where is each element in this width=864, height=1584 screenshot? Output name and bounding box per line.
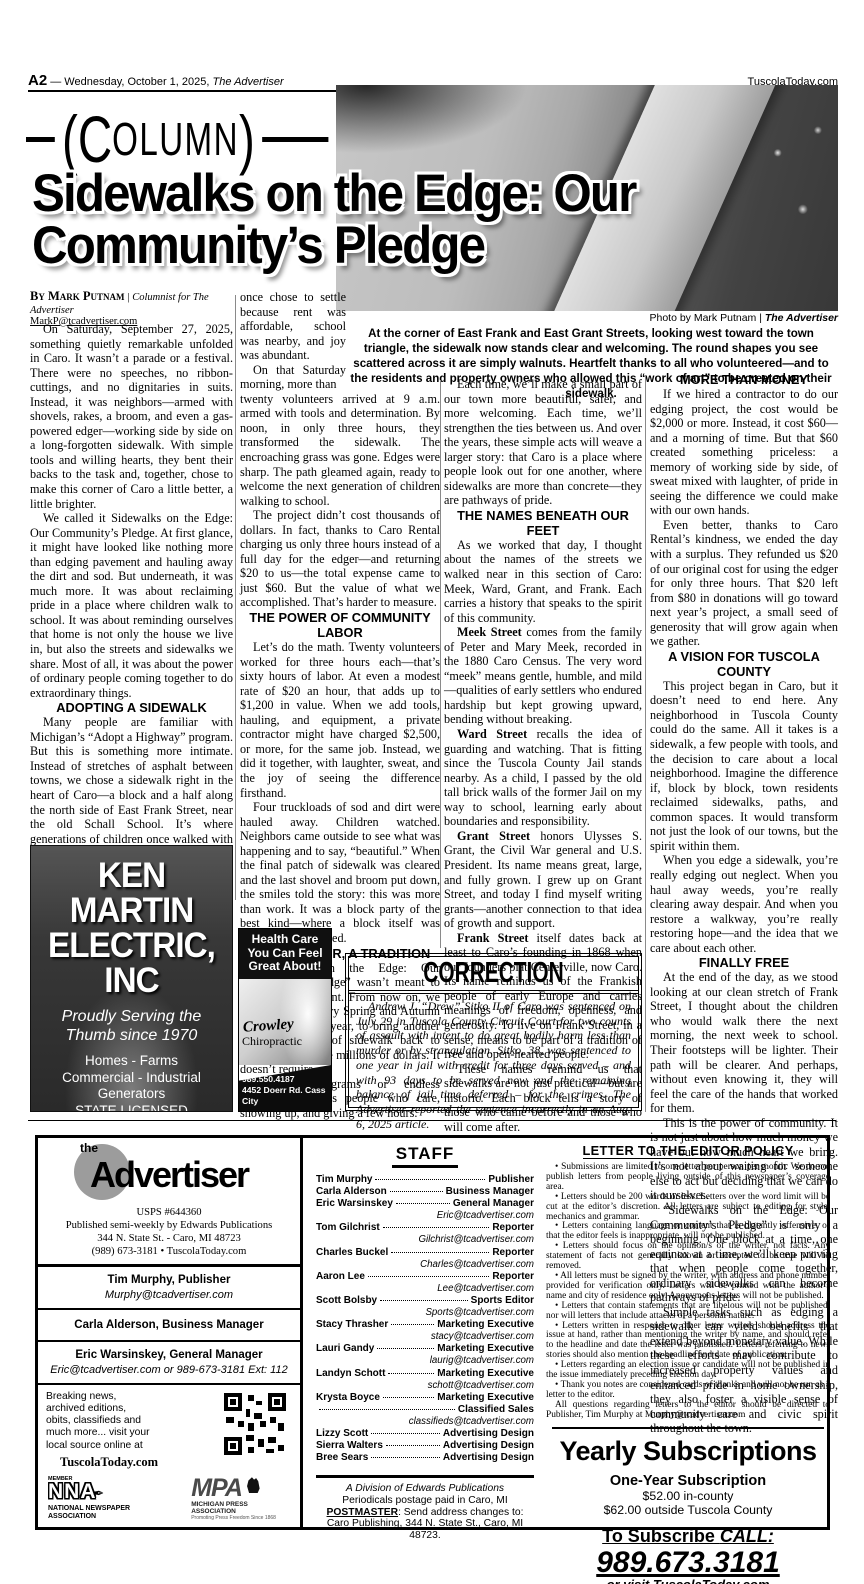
headline-line1: Sidewalks on the Edge: Our bbox=[32, 168, 635, 220]
kicker-text: OLUMN bbox=[112, 116, 239, 162]
division-block: A Division of Edwards Publications Perio… bbox=[316, 1475, 534, 1542]
ad-headline: Health Care You Can Feel Great About! bbox=[239, 929, 331, 979]
mpa-caption: MICHIGAN PRESS ASSOCIATION bbox=[191, 1501, 290, 1515]
article-paragraph-text: recalls the idea of guarding and watchin… bbox=[444, 727, 642, 828]
association-logos: MEMBER NNA✒ NATIONAL NEWSPAPER ASSOCIATI… bbox=[38, 1476, 300, 1521]
masthead-section: the Advertiser USPS #644360 Published se… bbox=[35, 1135, 830, 1530]
section-heading: THE NAMES BENEATH OUR FEET bbox=[444, 508, 642, 538]
kicker-open: (C bbox=[62, 106, 112, 172]
column-rule bbox=[235, 295, 236, 900]
staff-name: Aaron Lee bbox=[316, 1271, 365, 1283]
article-paragraph: Each time, we’ll make a small part of ou… bbox=[444, 377, 642, 508]
logo-wordmark: Advertiser bbox=[38, 1146, 300, 1204]
subscribe-cta: To Subscribe CALL: bbox=[546, 1526, 830, 1547]
ken-martin-electric-ad: KEN MARTIN ELECTRIC, INC Proudly Serving… bbox=[30, 845, 233, 1112]
staff-name: Lizzy Scott bbox=[316, 1428, 368, 1440]
ad-headline-line3: Great About! bbox=[240, 960, 330, 974]
subscribe-phone-number: 989.673.3181 bbox=[546, 1547, 830, 1578]
dot-leader bbox=[371, 1457, 440, 1458]
article-paragraph: once chose to settle because rent was af… bbox=[240, 290, 346, 363]
staff-row: Tim MurphyPublisher bbox=[316, 1174, 534, 1186]
staff-role: Advertising Design bbox=[443, 1440, 534, 1452]
ad-name-line1: KEN MARTIN bbox=[36, 858, 227, 928]
staff-row: Stacy ThrasherMarketing Executive bbox=[316, 1319, 534, 1331]
section-heading: A VISION FOR TUSCOLA COUNTY bbox=[650, 649, 838, 679]
subscribe-cta-call: CALL: bbox=[720, 1526, 774, 1546]
dot-leader bbox=[375, 1179, 485, 1180]
advertiser-logo: the Advertiser bbox=[38, 1146, 300, 1204]
article-paragraph: This project began in Caro, but it doesn… bbox=[650, 679, 838, 854]
policy-bullet: Letters should be 200 words or less. Let… bbox=[546, 1193, 830, 1223]
staff-list: STAFF Tim MurphyPublisher Carla Alderson… bbox=[316, 1144, 534, 1464]
ad-business-name-serif: Chiropractic bbox=[242, 1034, 302, 1049]
article-paragraph-text: comes from the family of Peter and Mary … bbox=[444, 625, 642, 726]
staff-row: Tom GilchristReporter bbox=[316, 1222, 534, 1234]
street-name-lead: Meek Street bbox=[457, 625, 522, 639]
policy-bullet: Letters should focus on the opinion/s of… bbox=[546, 1242, 830, 1272]
kicker-close: ) bbox=[239, 106, 255, 172]
page-number: A2 bbox=[28, 72, 47, 89]
crowley-chiropractic-ad: Health Care You Can Feel Great About! Cr… bbox=[238, 928, 332, 1112]
masthead-rule bbox=[38, 1340, 300, 1342]
dot-leader bbox=[371, 1433, 440, 1434]
column-rule bbox=[645, 375, 646, 1112]
dot-leader bbox=[383, 1227, 490, 1228]
division-line: Caro Publishing, 344 N. State St., Caro,… bbox=[316, 1518, 534, 1542]
article-paragraph: Grant Street honors Ulysses S. Grant, th… bbox=[444, 829, 642, 931]
correction-body: Andrew J. “Drew” Sitko II of Caro was se… bbox=[349, 994, 638, 1131]
ad-service-line: Generators bbox=[31, 1086, 232, 1103]
staff-name: Scott Bolsby bbox=[316, 1295, 377, 1307]
section-heading: THE POWER OF COMMUNITY LABOR bbox=[240, 610, 440, 640]
publication-info: USPS #644360 Published semi-weekly by Ed… bbox=[38, 1206, 300, 1258]
staff-row: Lauri GandyMarketing Executive bbox=[316, 1343, 534, 1355]
dot-leader bbox=[390, 1191, 443, 1192]
staff-name: Carla Alderson bbox=[316, 1186, 387, 1198]
correction-title: CORRECTION bbox=[349, 957, 638, 990]
dot-leader bbox=[391, 1252, 489, 1253]
section-heading: ADOPTING A SIDEWALK bbox=[30, 700, 233, 715]
blurb-line: Breaking news, bbox=[46, 1391, 174, 1403]
nna-wordmark: NNA bbox=[48, 1480, 97, 1503]
subscriptions-block: Yearly Subscriptions One-Year Subscripti… bbox=[546, 1436, 830, 1584]
staff-email-link[interactable]: Gilchrist@tcadvertiser.com bbox=[316, 1234, 534, 1246]
publisher-email-link[interactable]: Murphy@tcadvertiser.com bbox=[38, 1289, 300, 1301]
staff-name: Stacy Thrasher bbox=[316, 1319, 388, 1331]
policy-bullet: Letters regarding an election issue or c… bbox=[546, 1361, 830, 1381]
article-paragraph: As we worked that day, I thought about t… bbox=[444, 538, 642, 625]
article-paragraph: twenty volunteers arrived at 9 a.m. arme… bbox=[240, 392, 440, 508]
staff-name: Sierra Walters bbox=[316, 1440, 383, 1452]
article-headline: Sidewalks on the Edge: Our Community’s P… bbox=[32, 168, 792, 272]
mpa-tagline: Promoting Press Freedom Since 1868 bbox=[191, 1515, 290, 1521]
article-paragraph: When you edge a sidewalk, you’re really … bbox=[650, 853, 838, 955]
section-divider-rule bbox=[28, 1120, 836, 1121]
staff-role: Publisher bbox=[488, 1174, 534, 1186]
staff-role: Sports Editor bbox=[471, 1295, 534, 1307]
article-paragraph: If we hired a contractor to do our edgin… bbox=[650, 387, 838, 518]
division-line: A Division of Edwards Publications bbox=[316, 1483, 534, 1495]
article-paragraph-text: honors Ulysses S. Grant, the Civil War g… bbox=[444, 829, 642, 930]
article-paragraph: Ward Street recalls the idea of guarding… bbox=[444, 727, 642, 829]
section-heading: MORE THAN MONEY bbox=[650, 372, 838, 387]
staff-name: Charles Buckel bbox=[316, 1247, 388, 1259]
street-name-lead: Frank Street bbox=[457, 931, 528, 945]
ad-business-name: KEN MARTIN ELECTRIC, INC bbox=[36, 858, 227, 998]
blurb-line: obits, classifieds and bbox=[46, 1415, 174, 1427]
dot-leader bbox=[380, 1300, 468, 1301]
staff-role: Classified Sales bbox=[458, 1404, 534, 1416]
staff-row: Landyn SchottMarketing Executive bbox=[316, 1368, 534, 1380]
quill-icon: ✒ bbox=[93, 1485, 105, 1501]
staff-name: Eric Warsinskey bbox=[316, 1198, 393, 1210]
online-blurb: Breaking news, archived editions, obits,… bbox=[46, 1391, 174, 1469]
mpa-wordmark: MPA bbox=[191, 1474, 242, 1502]
online-promo: Breaking news, archived editions, obits,… bbox=[38, 1391, 300, 1469]
blurb-line: much more... visit your bbox=[46, 1427, 174, 1439]
ad-services: Homes - Farms Commercial - Industrial Ge… bbox=[31, 1053, 232, 1112]
masthead-box: the Advertiser USPS #644360 Published se… bbox=[38, 1138, 303, 1527]
blurb-line: archived editions, bbox=[46, 1403, 174, 1415]
page-header-left: A2 — Wednesday, October 1, 2025, The Adv… bbox=[28, 72, 284, 89]
ad-tagline-line2: Thumb since 1970 bbox=[31, 1026, 232, 1045]
staff-role: Reporter bbox=[492, 1247, 534, 1259]
correction-box: CORRECTION Andrew J. “Drew” Sitko II of … bbox=[345, 953, 642, 1111]
staff-role: Marketing Executive bbox=[437, 1319, 534, 1331]
ad-phone-number: 989.550.4187 bbox=[242, 1074, 328, 1085]
subscription-price-in-county: $52.00 in-county bbox=[546, 1489, 830, 1504]
postmaster-label: POSTMASTER bbox=[327, 1507, 399, 1518]
photo-credit-brand: The Advertiser bbox=[765, 312, 838, 324]
business-manager-name: Carla Alderson, Business Manager bbox=[38, 1319, 300, 1331]
staff-role: Marketing Executive bbox=[437, 1368, 534, 1380]
policy-bullet: Submissions are limited to one letter pe… bbox=[546, 1163, 830, 1193]
correction-title-text: CORRECTION bbox=[423, 957, 563, 990]
byline-author: By Mark Putnam bbox=[30, 289, 125, 303]
subscriptions-rule bbox=[552, 1427, 824, 1429]
ad-name-line2: ELECTRIC, INC bbox=[36, 928, 227, 998]
division-line: Periodicals postage paid in Caro, MI bbox=[316, 1495, 534, 1507]
ad-tagline: Proudly Serving the Thumb since 1970 bbox=[31, 1007, 232, 1045]
general-manager-name: Eric Warsinskey, General Manager bbox=[38, 1349, 300, 1361]
ad-address: 4452 Doerr Rd. Cass City bbox=[242, 1085, 328, 1107]
staff-name: Landyn Schott bbox=[316, 1368, 385, 1380]
ad-contact-block: 989.550.4187 4452 Doerr Rd. Cass City bbox=[239, 1065, 331, 1111]
subscription-type: One-Year Subscription bbox=[546, 1473, 830, 1489]
subscribe-alt-link[interactable]: or visit TuscolaToday.com bbox=[546, 1577, 830, 1584]
header-paper-name: The Advertiser bbox=[212, 76, 283, 88]
staff-name: Krysta Boyce bbox=[316, 1392, 380, 1404]
article-paragraph: The project didn’t cost thousands of dol… bbox=[240, 508, 440, 610]
dot-leader bbox=[388, 1373, 434, 1374]
staff-name: Tim Murphy bbox=[316, 1174, 372, 1186]
subscriptions-title: Yearly Subscriptions bbox=[546, 1436, 830, 1467]
ad-tagline-line1: Proudly Serving the bbox=[31, 1007, 232, 1026]
nna-caption: NATIONAL NEWSPAPER ASSOCIATION bbox=[48, 1505, 163, 1521]
michigan-icon bbox=[246, 1477, 260, 1493]
usps-number: USPS #644360 bbox=[38, 1206, 300, 1219]
dot-leader bbox=[396, 1203, 450, 1204]
staff-role: Reporter bbox=[492, 1271, 534, 1283]
postmaster-text: : Send address changes to: bbox=[398, 1507, 523, 1518]
dot-leader bbox=[319, 1409, 455, 1410]
publisher-name: Tim Murphy, Publisher bbox=[38, 1274, 300, 1286]
article-paragraph: At the end of the day, as we stood looki… bbox=[650, 970, 838, 1115]
staff-row: Bree SearsAdvertising Design bbox=[316, 1452, 534, 1464]
policy-title: LETTER TO THE EDITOR POLICY bbox=[583, 1143, 794, 1159]
subscription-price-outside: $62.00 outside Tuscola County bbox=[546, 1503, 830, 1518]
policy-bullet: All letters must be signed by the writer… bbox=[546, 1272, 830, 1302]
staff-row: Carla AldersonBusiness Manager bbox=[316, 1186, 534, 1198]
kicker-dash-left bbox=[26, 137, 55, 142]
staff-role: Marketing Executive bbox=[437, 1392, 534, 1404]
ad-licensed-label: STATE LICENSED bbox=[31, 1103, 232, 1113]
staff-row: Aaron LeeReporter bbox=[316, 1271, 534, 1283]
letter-policy-section: LETTER TO THE EDITOR POLICY Submissions … bbox=[546, 1142, 830, 1584]
staff-title: STAFF bbox=[392, 1144, 459, 1168]
staff-email-link[interactable]: Sports@tcadvertiser.com bbox=[316, 1307, 534, 1319]
policy-bullet: Letters that contain statements that are… bbox=[546, 1302, 830, 1322]
staff-row: Classified Sales bbox=[316, 1404, 534, 1416]
staff-row: Krysta BoyceMarketing Executive bbox=[316, 1392, 534, 1404]
staff-name: Lauri Gandy bbox=[316, 1343, 374, 1355]
staff-row: Sierra WaltersAdvertising Design bbox=[316, 1440, 534, 1452]
section-heading: FINALLY FREE bbox=[650, 955, 838, 970]
dot-leader bbox=[383, 1397, 434, 1398]
header-date: — Wednesday, October 1, 2025, bbox=[47, 76, 212, 88]
headline-line2: Community’s Pledge bbox=[32, 220, 484, 272]
dot-leader bbox=[386, 1445, 440, 1446]
ad-headline-line2: You Can Feel bbox=[240, 947, 330, 961]
article-paragraph: Meek Street comes from the family of Pet… bbox=[444, 625, 642, 727]
publication-address: 344 N. State St. - Caro, MI 48723 bbox=[38, 1232, 300, 1245]
staff-role: Business Manager bbox=[446, 1186, 534, 1198]
spine-image: Crowley Chiropractic bbox=[239, 979, 331, 1066]
masthead-rule bbox=[38, 1264, 300, 1267]
publication-phone: (989) 673-3181 • TuscolaToday.com bbox=[38, 1245, 300, 1258]
qr-code bbox=[222, 1391, 288, 1457]
article-paragraph: On that Saturday morning, more than bbox=[240, 363, 346, 392]
policy-footer: All questions regarding letters to the e… bbox=[546, 1401, 830, 1421]
article-paragraph: We called it Sidewalks on the Edge: Our … bbox=[30, 511, 233, 700]
article-paragraph: On Saturday, September 27, 2025, somethi… bbox=[30, 322, 233, 511]
newspaper-page: A2 — Wednesday, October 1, 2025, The Adv… bbox=[0, 0, 864, 1584]
nna-logo: MEMBER NNA✒ NATIONAL NEWSPAPER ASSOCIATI… bbox=[48, 1476, 163, 1521]
staff-email-link[interactable]: Lee@tcadvertiser.com bbox=[316, 1283, 534, 1295]
ad-headline-line1: Health Care bbox=[240, 933, 330, 947]
dot-leader bbox=[368, 1276, 489, 1277]
policy-bullet: Letters containing language or content t… bbox=[546, 1222, 830, 1242]
ad-service-line: Commercial - Industrial bbox=[31, 1070, 232, 1087]
dot-leader bbox=[391, 1324, 434, 1325]
street-name-lead: Grant Street bbox=[457, 829, 530, 843]
subscribe-cta-text: To Subscribe bbox=[602, 1526, 720, 1546]
policy-bullet: Letters written in response to other let… bbox=[546, 1322, 830, 1362]
staff-role: Reporter bbox=[492, 1222, 534, 1234]
staff-email-link[interactable]: laurig@tcadvertiser.com bbox=[316, 1355, 534, 1367]
column-rule bbox=[440, 380, 441, 948]
photo-credit-text: Photo by Mark Putnam | bbox=[649, 312, 764, 324]
photo-credit: Photo by Mark Putnam | The Advertiser bbox=[480, 312, 838, 324]
staff-row: Charles BuckelReporter bbox=[316, 1247, 534, 1259]
staff-role: Advertising Design bbox=[443, 1428, 534, 1440]
staff-email-link[interactable]: Eric@tcadvertiser.com bbox=[316, 1210, 534, 1222]
policy-bullet: Thank you notes are considered cards of … bbox=[546, 1381, 830, 1401]
staff-email-link[interactable]: classifieds@tcadvertiser.com bbox=[316, 1416, 534, 1428]
staff-email-link[interactable]: stacy@tcadvertiser.com bbox=[316, 1331, 534, 1343]
staff-row: Scott BolsbySports Editor bbox=[316, 1295, 534, 1307]
dot-leader bbox=[377, 1348, 434, 1349]
staff-row: Eric WarsinskeyGeneral Manager bbox=[316, 1198, 534, 1210]
staff-row: Lizzy ScottAdvertising Design bbox=[316, 1428, 534, 1440]
staff-email-link[interactable]: Charles@tcadvertiser.com bbox=[316, 1259, 534, 1271]
staff-email-link[interactable]: schott@tcadvertiser.com bbox=[316, 1380, 534, 1392]
kicker-dash-right bbox=[262, 137, 328, 142]
mpa-logo: MPA MICHIGAN PRESS ASSOCIATION Promoting… bbox=[191, 1477, 290, 1521]
article-paragraph: Even better, thanks to Caro Rental’s kin… bbox=[650, 518, 838, 649]
blurb-line: local source online at bbox=[46, 1440, 174, 1452]
article-paragraph: Let’s do the math. Twenty volunteers wor… bbox=[240, 640, 440, 800]
article-paragraph: Four truckloads of sod and dirt were hau… bbox=[240, 800, 440, 945]
staff-role: Marketing Executive bbox=[437, 1343, 534, 1355]
staff-name: Bree Sears bbox=[316, 1452, 368, 1464]
staff-role: Advertising Design bbox=[443, 1452, 534, 1464]
site-link[interactable]: TuscolaToday.com bbox=[60, 1456, 174, 1468]
publication-line: Published semi-weekly by Edwards Publica… bbox=[38, 1219, 300, 1232]
masthead-rule bbox=[38, 1383, 300, 1385]
staff-name: Tom Gilchrist bbox=[316, 1222, 380, 1234]
staff-role: General Manager bbox=[453, 1198, 534, 1210]
masthead-rule bbox=[38, 1308, 300, 1310]
general-manager-contact[interactable]: Eric@tcadvertiser.com or 989-673-3181 Ex… bbox=[38, 1364, 300, 1376]
ad-service-line: Homes - Farms bbox=[31, 1053, 232, 1070]
street-name-lead: Ward Street bbox=[457, 727, 527, 741]
